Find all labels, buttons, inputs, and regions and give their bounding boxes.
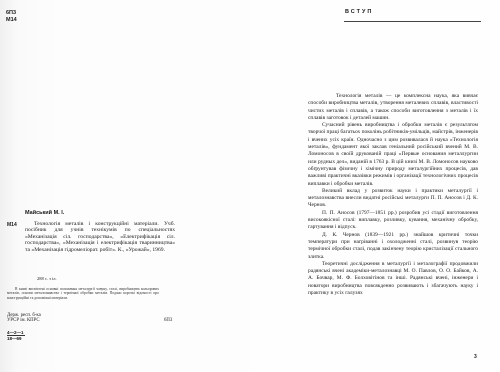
page-number: 3 [474,354,477,360]
body-text: Технологія металів — це комплексна наука… [308,93,478,297]
right-page: ВСТУП Технологія металів — це комплексна… [250,0,500,372]
index-line: 4—2—1 [7,330,25,335]
paragraph: Великий вклад у розвиток науки і практик… [308,188,478,210]
author-name: Майський М. І. [25,210,64,216]
paragraph: Теоретичні дослідження в металургії і ме… [308,261,478,297]
paragraph: Д. К. Чернов (1839—1921 рр.) знайшов кри… [308,232,478,261]
paragraph: Сучасний рівень виробництва і обробки ме… [308,122,478,188]
publisher-info: Держ. респ. б-ка УРСР ім. КПРС [7,313,41,323]
classmark: 6П3 М14 [6,10,17,23]
index-code: 4—2—1 18—69 [7,330,25,341]
index-line: 18—69 [7,336,25,341]
bibliographic-entry: Технологія металів і конструкційні матер… [25,221,175,253]
paragraph: П. П. Аносов (1797—1851 рр.) розробив ус… [308,210,478,232]
pages-info: 288 с. з іл. [37,276,57,281]
annotation: В книзі висвітлені основні положення мет… [7,287,159,300]
classmark-line: 6П3 [6,10,17,17]
heading-rule [344,21,481,22]
paragraph: Технологія металів — це комплексна наука… [308,93,478,122]
left-page: 6П3 М14 Майський М. І. М14 Технологія ме… [0,0,250,372]
chapter-heading: ВСТУП [345,9,373,15]
publisher-line: УРСР ім. КПРС [7,318,41,323]
classmark-line: М14 [6,17,17,24]
udc-code: 6П3 [164,318,172,323]
catalog-code: М14 [7,222,17,228]
